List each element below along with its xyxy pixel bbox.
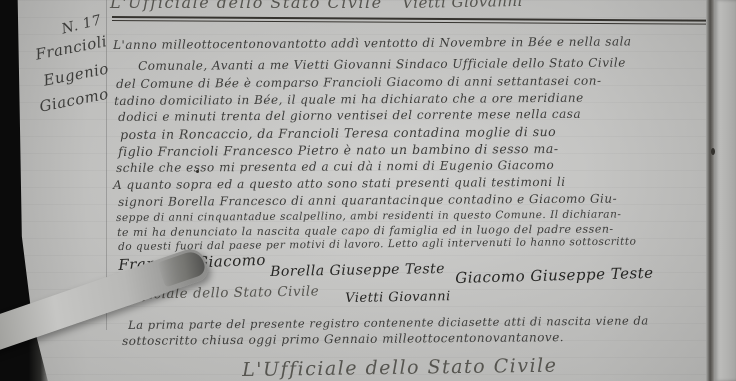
signature-witness-2: Giacomo Giuseppe Teste xyxy=(455,264,654,287)
margin-name-line: Francioli xyxy=(34,32,109,64)
header-official-title: L'Ufficiale dello Stato Civile xyxy=(110,0,383,12)
act-body-line: signori Borella Francesco di anni quaran… xyxy=(118,192,617,209)
closing-statement-line: La prima parte del presente registro con… xyxy=(128,313,649,332)
page-gutter xyxy=(706,0,715,381)
act-body-line: schile che esso mi presenta ed a cui dà … xyxy=(116,158,554,175)
act-body-line: seppe di anni cinquantadue scalpellino, … xyxy=(116,208,621,224)
act-body-line: posta in Roncaccio, da Francioli Teresa … xyxy=(120,124,556,142)
footer-official-title: L'Ufficiale dello Stato Civile xyxy=(242,355,558,381)
act-body-line: A quanto sopra ed a questo atto sono sta… xyxy=(113,175,566,192)
signature-witness-1: Borella Giuseppe Teste xyxy=(270,261,445,280)
closing-statement-line: sottoscritto chiusa oggi primo Gennaio m… xyxy=(122,330,564,348)
margin-name-line: Giacomo xyxy=(38,85,110,116)
act-body-line: dodici e minuti trenta del giorno ventis… xyxy=(118,107,581,124)
act-body-line: tadino domiciliato in Bée, il quale mi h… xyxy=(114,91,584,108)
header-official-signature: Vietti Giovanni xyxy=(402,0,523,12)
ink-speck xyxy=(711,148,715,155)
act-body-line: L'anno milleottocentonovantotto addì ven… xyxy=(113,34,632,52)
act-body-line: del Comune di Bée è comparso Francioli G… xyxy=(116,74,602,91)
signature-official-name: Vietti Giovanni xyxy=(345,289,451,306)
registry-scan-page: L'Ufficiale dello Stato Civile Vietti Gi… xyxy=(0,0,736,381)
act-body-line: Comunale, Avanti a me Vietti Giovanni Si… xyxy=(138,56,626,73)
ink-speck xyxy=(196,170,199,173)
adjacent-page-edge xyxy=(715,0,736,381)
act-body-line: figlio Francioli Francesco Pietro è nato… xyxy=(118,141,559,159)
